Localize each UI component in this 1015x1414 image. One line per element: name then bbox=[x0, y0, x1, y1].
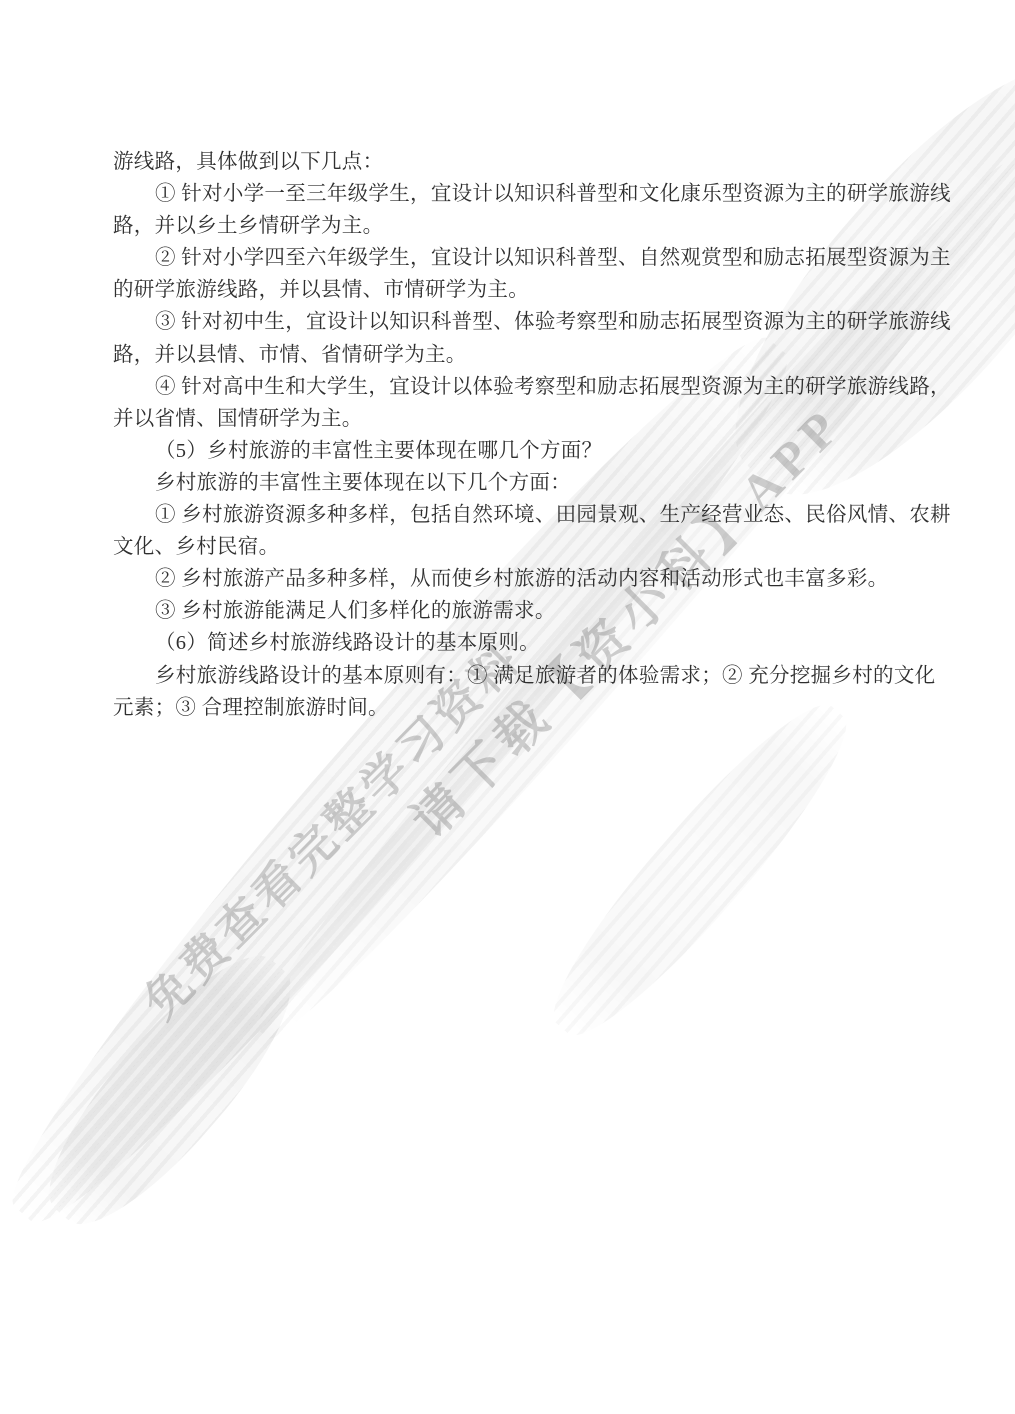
text-line: 元素；③ 合理控制旅游时间。 bbox=[113, 692, 913, 724]
text-line: ④ 针对高中生和大学生，宜设计以体验考察型和励志拓展型资源为主的研学旅游线路， bbox=[113, 371, 913, 403]
text-line: 乡村旅游线路设计的基本原则有：① 满足旅游者的体验需求；② 充分挖掘乡村的文化 bbox=[113, 660, 913, 692]
brush-stroke bbox=[20, 929, 320, 1250]
text-line: 游线路，具体做到以下几点： bbox=[113, 146, 913, 178]
brush-stroke bbox=[528, 682, 871, 1058]
document-text: 游线路，具体做到以下几点： ① 针对小学一至三年级学生，宜设计以知识科普型和文化… bbox=[113, 146, 913, 724]
text-line: 路，并以县情、市情、省情研学为主。 bbox=[113, 339, 913, 371]
text-line: 路，并以乡土乡情研学为主。 bbox=[113, 210, 913, 242]
text-line: 乡村旅游的丰富性主要体现在以下几个方面： bbox=[113, 467, 913, 499]
text-line: （5）乡村旅游的丰富性主要体现在哪几个方面？ bbox=[113, 435, 913, 467]
document-page: 免费查看完整学习资料 请下载【资小科】APP 游线路，具体做到以下几点： ① 针… bbox=[0, 0, 1015, 1414]
text-line: （6）简述乡村旅游线路设计的基本原则。 bbox=[113, 627, 913, 659]
text-line: ② 针对小学四至六年级学生，宜设计以知识科普型、自然观赏型和励志拓展型资源为主 bbox=[113, 242, 913, 274]
text-line: 并以省情、国情研学为主。 bbox=[113, 403, 913, 435]
text-line: 的研学旅游线路，并以县情、市情研学为主。 bbox=[113, 274, 913, 306]
text-line: ③ 针对初中生，宜设计以知识科普型、体验考察型和励志拓展型资源为主的研学旅游线 bbox=[113, 306, 913, 338]
text-line: 文化、乡村民宿。 bbox=[113, 531, 913, 563]
text-line: ① 乡村旅游资源多种多样，包括自然环境、田园景观、生产经营业态、民俗风情、农耕 bbox=[113, 499, 913, 531]
text-line: ① 针对小学一至三年级学生，宜设计以知识科普型和文化康乐型资源为主的研学旅游线 bbox=[113, 178, 913, 210]
text-line: ② 乡村旅游产品多种多样，从而使乡村旅游的活动内容和活动形式也丰富多彩。 bbox=[113, 563, 913, 595]
text-line: ③ 乡村旅游能满足人们多样化的旅游需求。 bbox=[113, 595, 913, 627]
